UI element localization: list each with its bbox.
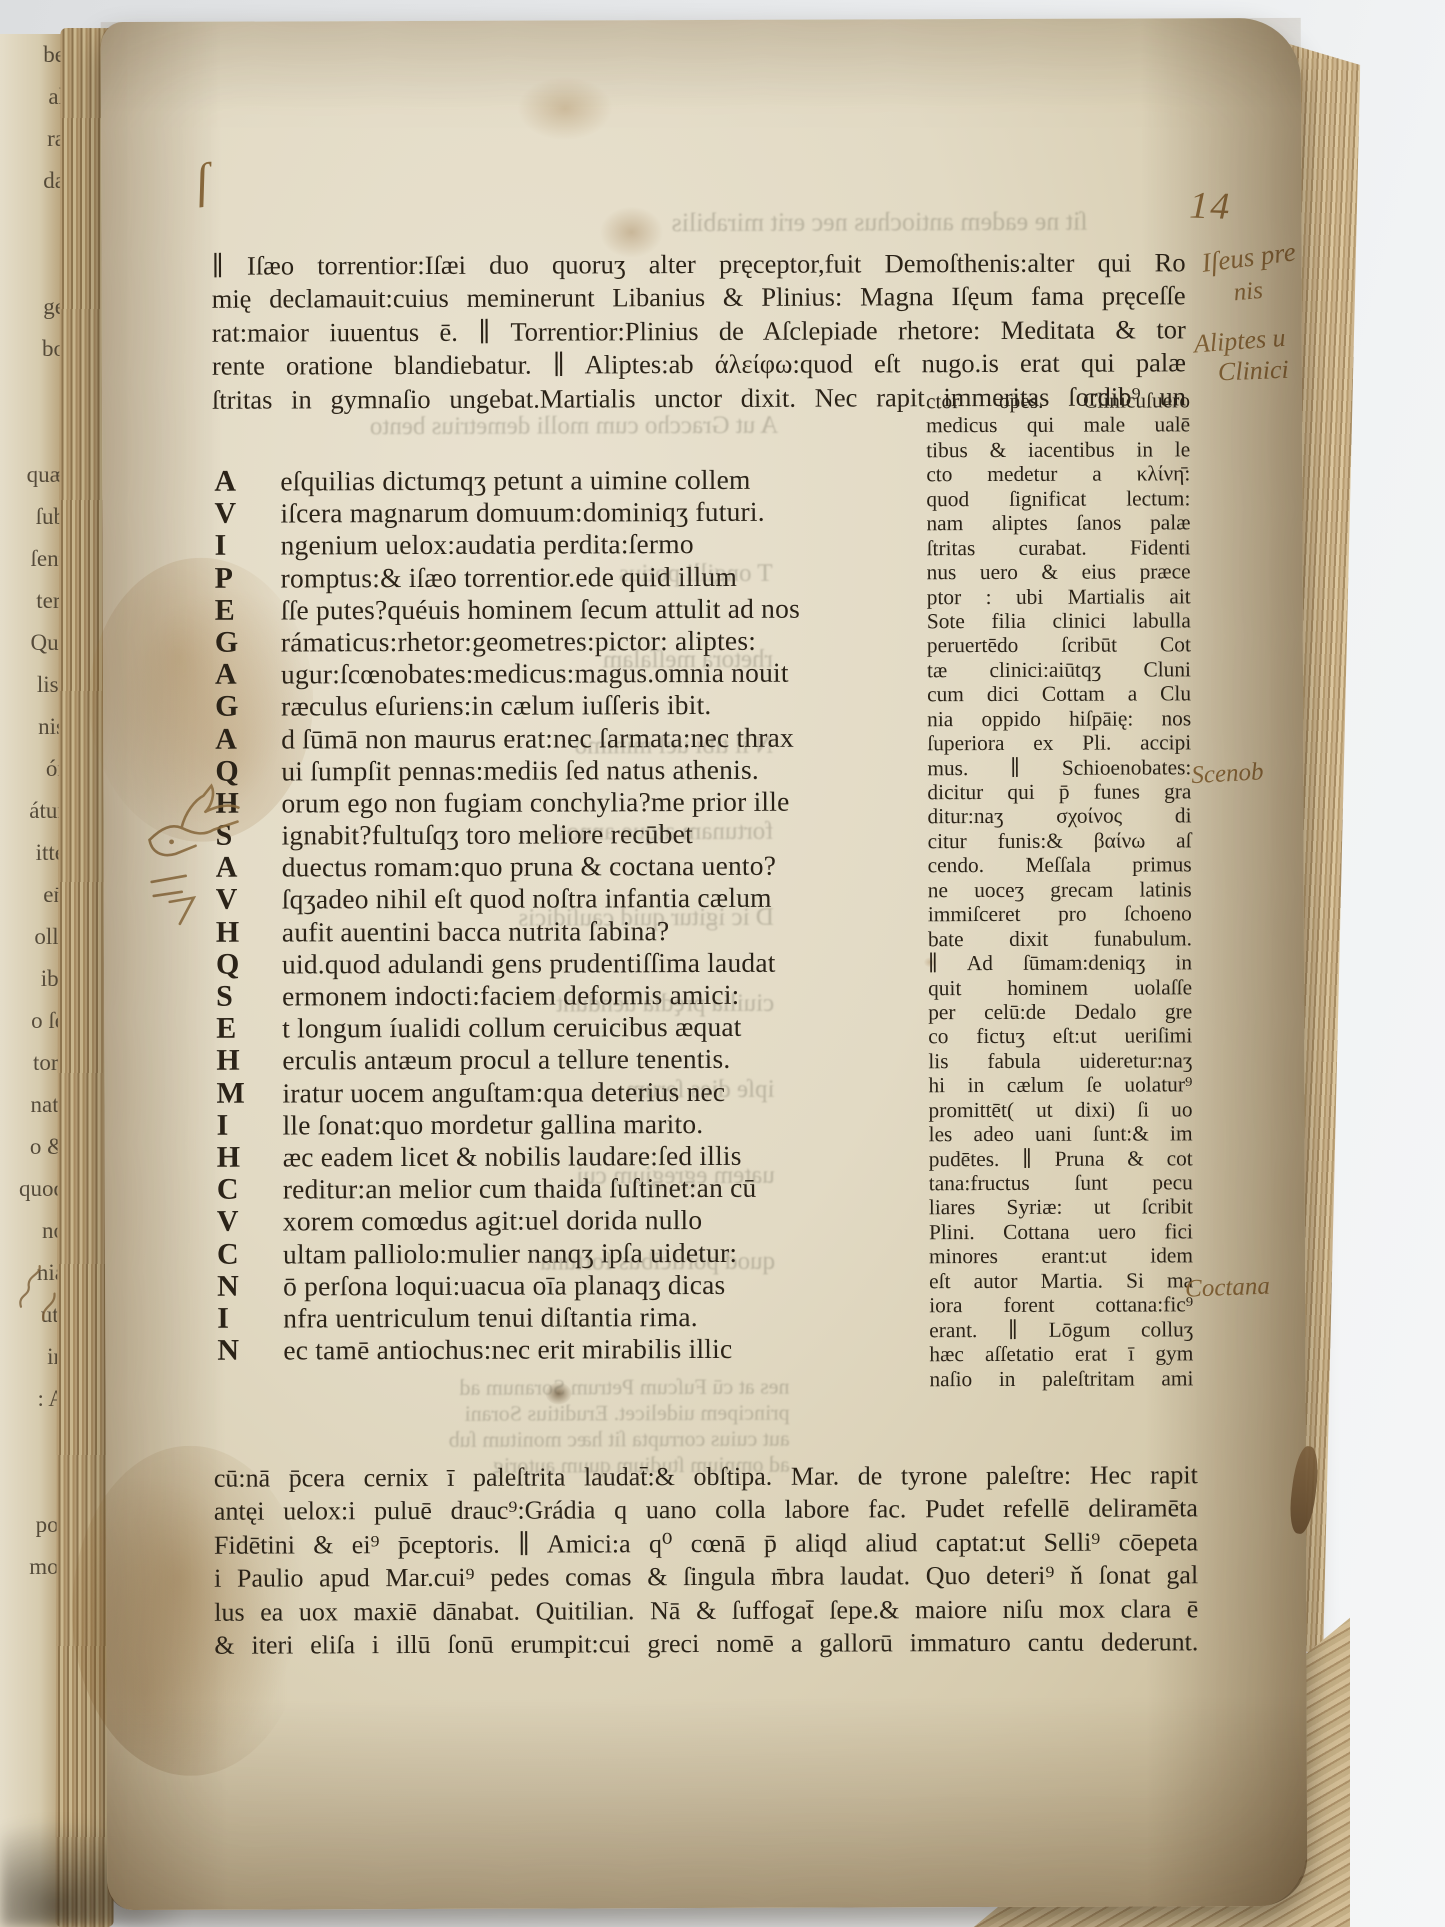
commentary-line: nam aliptes ſanos palæ <box>926 510 1190 535</box>
poem-line: Cultam palliolo:mulier nanqʒ ipſa uidetu… <box>217 1236 977 1271</box>
poem-line-text: æc eadem licet & nobilis laudare:ſed ill… <box>283 1140 742 1173</box>
showthrough-text: ſit ne eadem antiochus nec erit mirabili… <box>307 207 1087 240</box>
poem-line-text: ngenium uelox:audatia perdita:ſermo <box>280 528 693 560</box>
commentary-line: hi in cælum ſe uolatur⁹ <box>928 1073 1192 1098</box>
poem-line: Et longum íualidi collum ceruicibus æqua… <box>216 1010 976 1045</box>
commentary-line: tibus & iacentibus in le <box>926 437 1190 462</box>
poem-line: Sermonem indocti:faciem deformis amici: <box>216 978 976 1013</box>
poem-line-text: uid.quod adulandi gens prudentiſſima lau… <box>282 947 776 980</box>
bottom-shading <box>107 1696 1308 1910</box>
poem-initial: M <box>216 1077 282 1109</box>
marginal-note: Iſeus pre <box>1200 236 1297 279</box>
poem-block: Aeſquilias dictumqʒ petunt a uimine coll… <box>214 463 977 1367</box>
poem-line: Eſſe putes?quéuis hominem ſecum attulit … <box>215 592 975 627</box>
marginal-note: Aliptes u <box>1193 323 1287 360</box>
commentary-line: citur funis:& βαίνω aſ <box>928 828 1192 853</box>
commentary-line: pudētes. ∥ Pruna & cot <box>929 1146 1193 1171</box>
poem-initial: V <box>217 1206 283 1238</box>
poem-initial: N <box>217 1335 283 1367</box>
poem-line: Vxorem comœdus agit:uel dorida nullo <box>217 1203 977 1238</box>
commentary-line: tana:fructus ſunt pecu <box>929 1170 1193 1195</box>
commentary-line: iora forent cottana:fic⁹ <box>929 1292 1193 1317</box>
commentary-line: rat:maior iuuentus ē. ∥ Torrentior:Plini… <box>212 313 1186 350</box>
manicule-icon <box>141 778 252 928</box>
poem-line-text: erculis antæum procul a tellure tenentis… <box>282 1043 730 1076</box>
poem-line: Creditur:an melior cum thaida ſuſtinet:a… <box>217 1171 977 1206</box>
poem-line: Horum ego non fugiam conchylia?me prior … <box>215 785 975 820</box>
poem-line-text: ignabit?fultuſqʒ toro meliore recūbet <box>281 818 692 850</box>
poem-line-text: d ſūmā non maurus erat:nec ſarmata:nec t… <box>281 721 794 754</box>
commentary-line: rente oratione blandiebatur. ∥ Aliptes:a… <box>212 346 1186 383</box>
commentary-line: nia oppido hiſpāię: nos <box>927 706 1191 731</box>
poem-line: Haufit auentini bacca nutrita ſabina? <box>216 914 976 949</box>
commentary-line: ∥ Iſæo torrentior:Iſæi duo quoruʒ alter … <box>212 246 1186 283</box>
top-shading <box>101 18 1301 112</box>
commentary-line: ſtritas curabat. Fidenti <box>927 535 1191 560</box>
main-page: ſit ne eadem antiochus nec erit mirabili… <box>101 18 1308 1910</box>
poem-line: Quid.quod adulandi gens prudentiſſima la… <box>216 946 976 981</box>
showthrough-line: nes at cū Fuſcum Petrum Soranum ad <box>229 1374 789 1402</box>
poem-line-text: ultam palliolo:mulier nanqʒ ipſa uidetur… <box>283 1236 737 1269</box>
poem-line: Herculis antæum procul a tellure tenenti… <box>216 1042 976 1077</box>
commentary-line: antęi uelox:i puluē drauc⁹:Grádia q uano… <box>214 1492 1198 1529</box>
commentary-line: eſt autor Martia. Si ma <box>929 1268 1193 1293</box>
poem-initial: E <box>215 594 281 626</box>
photo-of-incunable-page: { "artifact": {"kind": "early printed bo… <box>0 0 1445 1927</box>
poem-initial: E <box>216 1013 282 1045</box>
showthrough-line: aut cuius corrupta ſit hæc monitum ſub <box>230 1426 790 1454</box>
showthrough-line: principem uidelicet. Eruditius Sorani <box>230 1400 790 1428</box>
poem-line-text: ſſe putes?quéuis hominem ſecum attulit a… <box>281 592 800 625</box>
gutter-shading <box>101 22 228 1910</box>
poem-initial: A <box>215 723 281 755</box>
poem-line: Signabit?fultuſqʒ toro meliore recūbet <box>215 817 975 852</box>
poem-line-text: t longum íualidi collum ceruicibus æquat <box>282 1011 741 1044</box>
poem-line-text: aufit auentini bacca nutrita ſabina? <box>282 915 670 947</box>
poem-line-text: nfra uentriculum tenui diſtantia rima. <box>283 1301 698 1333</box>
commentary-line: tæ clinici:aiūtqʒ Cluni <box>927 657 1191 682</box>
commentary-line: cum dici Cottam a Clu <box>927 682 1191 707</box>
commentary-line: lus ea uox maxiē dānabat. Quitilian. Nā … <box>214 1592 1198 1629</box>
commentary-line: Sote filia clinici labulla <box>927 608 1191 633</box>
poem-line-text: ſqʒadeo nihil eſt quod noſtra infantia c… <box>282 882 772 915</box>
commentary-line: liares Syriæ: ut ſcribit <box>929 1195 1193 1220</box>
commentary-line: co fictuʒ eſt:ut ueriſimi <box>928 1024 1192 1049</box>
poem-initial: S <box>216 980 282 1012</box>
poem-line-text: ermonem indocti:faciem deformis amici: <box>282 979 739 1012</box>
commentary-line: lis fabula uideretur:naʒ <box>928 1048 1192 1073</box>
commentary-line: quit hominem uolaſſe <box>928 975 1192 1000</box>
commentary-line: ſuperiora ex Pli. accipi <box>927 730 1191 755</box>
poem-line-text: romptus:& iſæo torrentior.ede quid illum <box>281 560 737 593</box>
marginal-note: Coctana <box>1185 1273 1271 1304</box>
poem-initial: H <box>216 1045 282 1077</box>
poem-line: Viſcera magnarum domuum:dominiqʒ futuri. <box>214 495 974 530</box>
poem-initial: Q <box>216 948 282 980</box>
commentary-line: ditur:naʒ σχοίνος di <box>927 804 1191 829</box>
commentary-line: dicitur qui p̄ funes gra <box>927 779 1191 804</box>
poem-line: Grámaticus:rhetor:geometres:pictor: alip… <box>215 624 975 659</box>
poem-initial: N <box>217 1270 283 1302</box>
poem-line-text: lle ſonat:quo mordetur gallina marito. <box>283 1108 704 1140</box>
commentary-line: immiſceret pro ſchoeno <box>928 901 1192 926</box>
commentary-line: ∥ Ad ſūmam:deniqʒ in <box>928 950 1192 975</box>
commentary-line: cto medetur a κλίνη̄: <box>926 462 1190 487</box>
poem-line: Qui ſumpſit pennas:mediis ſed natus athe… <box>215 753 975 788</box>
commentary-line: les adeo uani ſunt:& im <box>929 1121 1193 1146</box>
commentary-line: i Paulio apud Mar.cui⁹ pedes comas & ſin… <box>214 1558 1198 1595</box>
poem-initial: C <box>217 1238 283 1270</box>
poem-line-text: duectus romam:quo pruna & coctana uento? <box>282 850 777 883</box>
reader-ink-mark: ſ <box>191 153 212 209</box>
poem-line: Nō perſona loqui:uacua oīa planaqʒ dicas <box>217 1268 977 1303</box>
commentary-line: promittēt( ut dixi) ſi uo <box>928 1097 1192 1122</box>
commentary-line: ctor opes. Clinicuſuero <box>926 388 1190 413</box>
commentary-line: Plini. Cottana uero fici <box>929 1219 1193 1244</box>
side-commentary-column: ctor opes. Clinicuſueromedicus qui male … <box>926 388 1193 1391</box>
poem-line: Infra uentriculum tenui diſtantia rima. <box>217 1300 977 1335</box>
poem-line: Aduectus romam:quo pruna & coctana uento… <box>216 849 976 884</box>
folio-number: 14 <box>1189 184 1232 229</box>
poem-initial: I <box>217 1109 283 1141</box>
commentary-line: quod ſignificat lectum: <box>926 486 1190 511</box>
poem-line: Ingenium uelox:audatia perdita:ſermo <box>214 527 974 562</box>
commentary-line: mus. ∥ Schioenobates: <box>927 755 1191 780</box>
commentary-line: cendo. Meſſala primus <box>928 853 1192 878</box>
commentary-line: ptor : ubi Martialis ait <box>927 584 1191 609</box>
marginal-note: nis <box>1232 277 1264 308</box>
marginal-note: Scenob <box>1191 758 1265 790</box>
poem-initial: G <box>215 691 281 723</box>
poem-line: Hæc eadem licet & nobilis laudare:ſed il… <box>217 1139 977 1174</box>
commentary-line: erant. ∥ Lōgum colluʒ <box>929 1317 1193 1342</box>
poem-line: Ille ſonat:quo mordetur gallina marito. <box>217 1107 977 1142</box>
ink-stain <box>517 76 613 140</box>
poem-line-text: rámaticus:rhetor:geometres:pictor: alipt… <box>281 625 756 658</box>
showthrough-text: A ut Graccho cum molli demetrius bento <box>298 412 778 442</box>
commentary-line: ne uoceʒ grecam latinis <box>928 877 1192 902</box>
poem-line: Vſqʒadeo nihil eſt quod noſtra infantia … <box>216 881 976 916</box>
commentary-line: nus uero & eius præce <box>927 559 1191 584</box>
poem-line-text: iſcera magnarum domuum:dominiqʒ futuri. <box>280 496 764 529</box>
poem-initial: I <box>214 530 280 562</box>
poem-line: Promptus:& iſæo torrentior.ede quid illu… <box>215 560 975 595</box>
poem-initial: P <box>215 562 281 594</box>
poem-line-text: orum ego non fugiam conchylia?me prior i… <box>281 786 789 819</box>
commentary-line: minores erant:ut idem <box>929 1244 1193 1269</box>
poem-line: Miratur uocem anguſtam:qua deterius nec <box>216 1075 976 1110</box>
poem-line-text: ugur:ſcœnobates:medicus:magus.omnia noui… <box>281 657 789 690</box>
poem-line-text: reditur:an melior cum thaida ſuſtinet:an… <box>283 1172 757 1205</box>
commentary-line: bate dixit funabulum. <box>928 926 1192 951</box>
poem-line: Augur:ſcœnobates:medicus:magus.omnia nou… <box>215 656 975 691</box>
marginal-note: Clinici <box>1217 355 1289 388</box>
commentary-line: medicus qui male ualē <box>926 413 1190 438</box>
poem-line-text: xorem comœdus agit:uel dorida nullo <box>283 1204 703 1236</box>
poem-initial: A <box>214 465 280 497</box>
commentary-line: peruertēdo ſcribūt Cot <box>927 633 1191 658</box>
poem-line-text: ui ſumpſit pennas:mediis ſed natus athen… <box>281 753 759 786</box>
poem-line: Græculus eſuriens:in cælum iuſſeris ibit… <box>215 688 975 723</box>
commentary-line: cū:nā p̄cera cernix ī paleſtrita laudat̄… <box>214 1458 1198 1495</box>
poem-line-text: ræculus eſuriens:in cælum iuſſeris ibit. <box>281 689 711 722</box>
poem-line-text: ō perſona loqui:uacua oīa planaqʒ dicas <box>283 1269 725 1302</box>
poem-initial: A <box>215 659 281 691</box>
commentary-line: naſio in paleſtritam ami <box>929 1366 1193 1391</box>
commentary-line: Fidētini & ei⁹ p̄ceptoris. ∥ Amici:a q⁰ … <box>214 1525 1198 1562</box>
commentary-line: per celū:de Dedalo gre <box>928 999 1192 1024</box>
poem-line-text: iratur uocem anguſtam:qua deterius nec <box>282 1075 725 1108</box>
poem-initial: I <box>217 1302 283 1334</box>
poem-initial: G <box>215 626 281 658</box>
poem-line: Aeſquilias dictumqʒ petunt a uimine coll… <box>214 463 974 498</box>
poem-initial: C <box>217 1174 283 1206</box>
poem-line-text: ec tamē antiochus:nec erit mirabilis ill… <box>283 1333 732 1366</box>
poem-line: Nec tamē antiochus:nec erit mirabilis il… <box>217 1332 977 1367</box>
poem-initial: H <box>217 1141 283 1173</box>
poem-initial: V <box>214 498 280 530</box>
bottom-commentary-block: cū:nā p̄cera cernix ī paleſtrita laudat̄… <box>214 1458 1199 1662</box>
poem-line: Ad ſūmā non maurus erat:nec ſarmata:nec … <box>215 721 975 756</box>
commentary-line: hæc aſſetatio erat ī gym <box>929 1341 1193 1366</box>
commentary-line: & iteri eliſa i illū ſonū erumpit:cui gr… <box>214 1625 1198 1662</box>
commentary-line: mię declamauit:cuius meminerunt Libanius… <box>212 280 1186 317</box>
poem-line-text: eſquilias dictumqʒ petunt a uimine colle… <box>280 464 750 497</box>
